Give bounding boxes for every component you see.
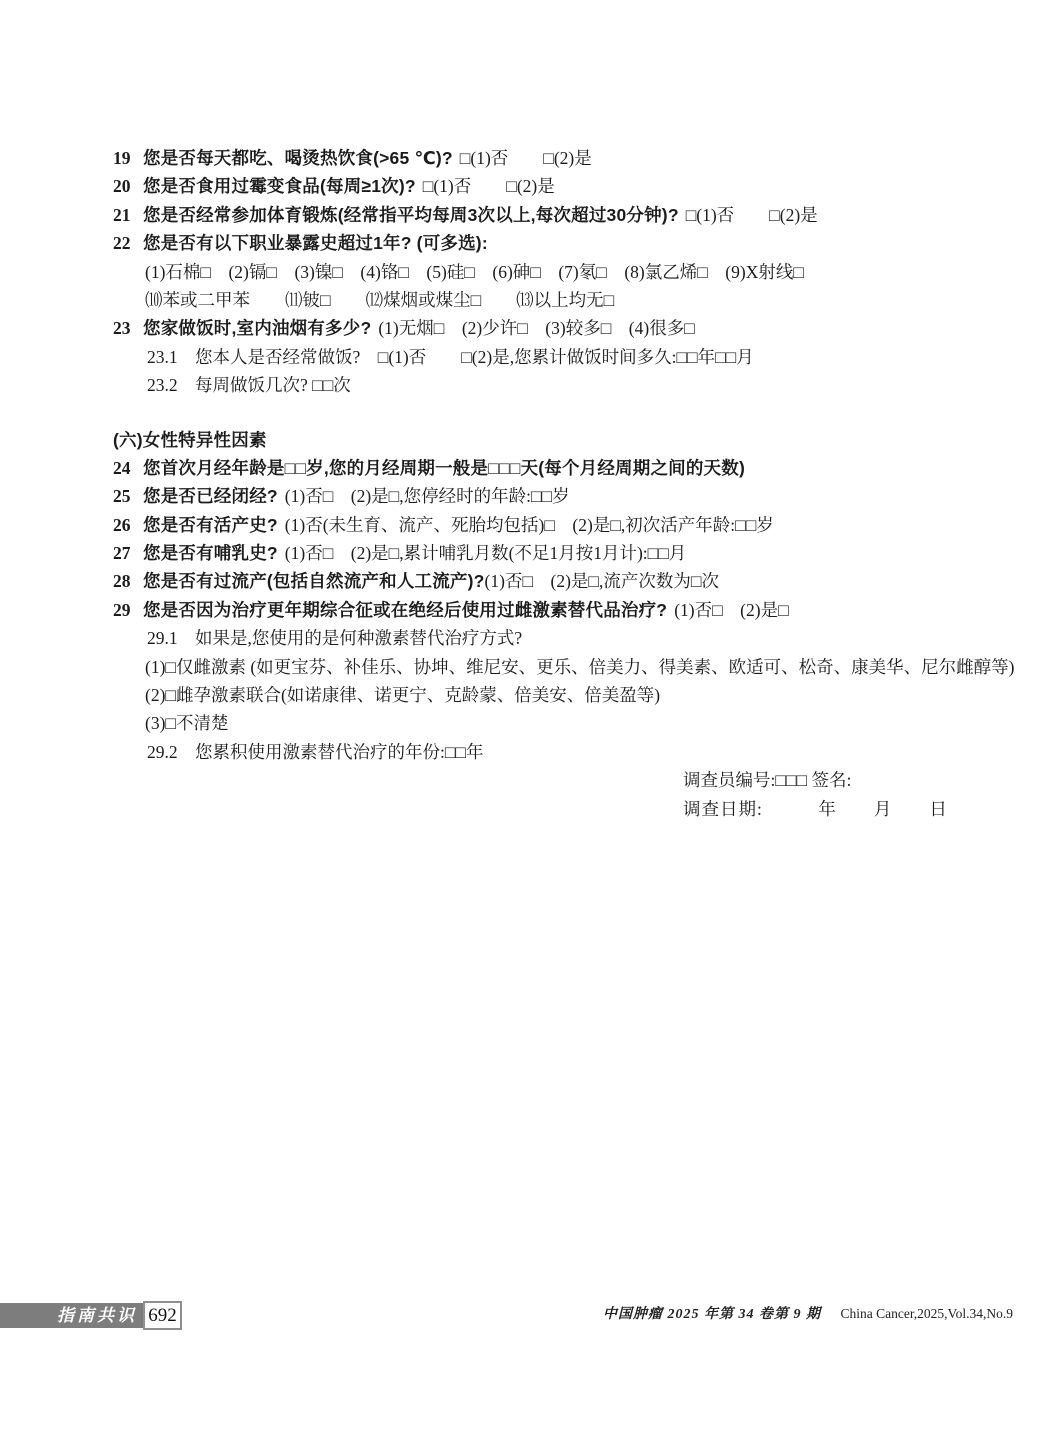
question-26: 26您是否有活产史?(1)否(未生育、流产、死胎均包括)□ (2)是□,初次活产… (113, 511, 1013, 539)
question-number: 26 (113, 511, 143, 539)
footer-page-number: 692 (143, 1301, 182, 1330)
footer-section-label: 指南共识 (57, 1306, 137, 1325)
exposure-options-text: (1)石棉□ (2)镉□ (3)镍□ (4)铬□ (5)硅□ (6)砷□ (7)… (145, 262, 804, 282)
question-number: 23.1 (147, 343, 195, 371)
question-20: 20您是否食用过霉变食品(每周≥1次)?□(1)否 □(2)是 (113, 172, 1013, 200)
question-29: 29您是否因为治疗更年期综合征或在绝经后使用过雌激素替代品治疗?(1)否□ (2… (113, 596, 1013, 624)
question-text: 您是否每天都吃、喝烫热饮食(>65 ℃)? (143, 148, 453, 168)
survey-date-line: 调查日期: 年 月 日 (683, 795, 1013, 823)
question-text: 您是否食用过霉变食品(每周≥1次)? (143, 176, 416, 196)
spacer (113, 400, 1013, 426)
question-number: 23.2 (147, 371, 195, 399)
hrt-option-text: (3)□不清楚 (145, 713, 228, 733)
question-23-2: 23.2每周做饭几次? □□次 (147, 371, 1013, 399)
question-number: 21 (113, 201, 143, 229)
question-number: 23 (113, 314, 143, 342)
question-23: 23您家做饭时,室内油烟有多少?(1)无烟□ (2)少许□ (3)较多□ (4)… (113, 314, 1013, 342)
question-options: (1)否□ (2)是□,流产次数为□次 (485, 571, 719, 591)
question-21: 21您是否经常参加体育锻炼(经常指平均每周3次以上,每次超过30分钟)?□(1)… (113, 201, 1013, 229)
question-options: □(1)否 □(2)是 (686, 205, 818, 225)
hrt-option-text: (2)□雌孕激素联合(如诺康律、诺更宁、克龄蒙、倍美安、倍美盈等) (145, 685, 660, 705)
question-number: 29.2 (147, 738, 195, 766)
hrt-option-1: (1)□仅雌激素 (如更宝芬、补佳乐、协坤、维尼安、更乐、倍美力、得美素、欧适可… (145, 653, 1013, 681)
question-number: 19 (113, 144, 143, 172)
question-28: 28您是否有过流产(包括自然流产和人工流产)?(1)否□ (2)是□,流产次数为… (113, 567, 1013, 595)
question-text: 您本人是否经常做饭? □(1)否 □(2)是,您累计做饭时间多久:□□年□□月 (195, 347, 754, 367)
exposure-options-text: ⑽苯或二甲苯 ⑾铍□ ⑿煤烟或煤尘□ ⒀以上均无□ (145, 290, 614, 310)
question-number: 22 (113, 229, 143, 257)
section-heading-text: (六)女性特异性因素 (113, 430, 267, 450)
question-options: (1)无烟□ (2)少许□ (3)较多□ (4)很多□ (378, 318, 694, 338)
question-text: 您是否因为治疗更年期综合征或在绝经后使用过雌激素替代品治疗? (143, 600, 667, 620)
hrt-option-2: (2)□雌孕激素联合(如诺康律、诺更宁、克龄蒙、倍美安、倍美盈等) (145, 681, 1013, 709)
section-heading-female-factors: (六)女性特异性因素 (113, 426, 1013, 454)
question-23-1: 23.1您本人是否经常做饭? □(1)否 □(2)是,您累计做饭时间多久:□□年… (147, 343, 1013, 371)
question-27: 27您是否有哺乳史?(1)否□ (2)是□,累计哺乳月数(不足1月按1月计):□… (113, 539, 1013, 567)
question-options: (1)否(未生育、流产、死胎均包括)□ (2)是□,初次活产年龄:□□岁 (285, 515, 774, 535)
question-29-1: 29.1如果是,您使用的是何种激素替代治疗方式? (147, 624, 1013, 652)
question-options: (1)否□ (2)是□,您停经时的年龄:□□岁 (285, 486, 570, 506)
question-text: 您首次月经年龄是□□岁,您的月经周期一般是□□□天(每个月经周期之间的天数) (143, 458, 745, 478)
question-text: 每周做饭几次? □□次 (195, 375, 351, 395)
question-options: (1)否□ (2)是□,累计哺乳月数(不足1月按1月计):□□月 (285, 543, 686, 563)
question-text: 您累积使用激素替代治疗的年份:□□年 (195, 742, 484, 762)
footer-journal-info-en: China Cancer,2025,Vol.34,No.9 (841, 1306, 1013, 1321)
survey-date-text: 调查日期: 年 月 日 (683, 799, 948, 819)
question-text: 您是否有过流产(包括自然流产和人工流产)? (143, 571, 485, 591)
hrt-option-text: (1)□仅雌激素 (如更宝芬、补佳乐、协坤、维尼安、更乐、倍美力、得美素、欧适可… (145, 657, 1015, 677)
question-number: 24 (113, 454, 143, 482)
questionnaire-page: 19您是否每天都吃、喝烫热饮食(>65 ℃)?□(1)否 □(2)是 20您是否… (113, 144, 1013, 823)
question-options: (1)否□ (2)是□ (674, 600, 788, 620)
exposure-options-row-2: ⑽苯或二甲苯 ⑾铍□ ⑿煤烟或煤尘□ ⒀以上均无□ (145, 286, 1013, 314)
question-number: 29 (113, 596, 143, 624)
exposure-options-row-1: (1)石棉□ (2)镉□ (3)镍□ (4)铬□ (5)硅□ (6)砷□ (7)… (145, 258, 1013, 286)
question-19: 19您是否每天都吃、喝烫热饮食(>65 ℃)?□(1)否 □(2)是 (113, 144, 1013, 172)
footer-journal-info-cn: 中国肿瘤 2025 年第 34 卷第 9 期 (603, 1307, 821, 1322)
footer-journal-info: 中国肿瘤 2025 年第 34 卷第 9 期 China Cancer,2025… (603, 1303, 1023, 1326)
question-number: 27 (113, 539, 143, 567)
question-text: 您是否有活产史? (143, 515, 278, 535)
question-options: □(1)否 □(2)是 (423, 176, 555, 196)
question-text: 您家做饭时,室内油烟有多少? (143, 318, 371, 338)
question-number: 28 (113, 567, 143, 595)
question-25: 25您是否已经闭经?(1)否□ (2)是□,您停经时的年龄:□□岁 (113, 482, 1013, 510)
question-text: 您是否经常参加体育锻炼(经常指平均每周3次以上,每次超过30分钟)? (143, 205, 679, 225)
surveyor-id-line: 调查员编号:□□□ 签名: (683, 766, 1013, 794)
question-29-2: 29.2您累积使用激素替代治疗的年份:□□年 (147, 738, 1013, 766)
hrt-option-3: (3)□不清楚 (145, 709, 1013, 737)
question-text: 您是否有以下职业暴露史超过1年? (可多选): (143, 233, 488, 253)
surveyor-id-text: 调查员编号:□□□ 签名: (683, 770, 851, 790)
footer-section-tab: 指南共识 (0, 1303, 143, 1328)
question-number: 20 (113, 172, 143, 200)
question-24: 24您首次月经年龄是□□岁,您的月经周期一般是□□□天(每个月经周期之间的天数) (113, 454, 1013, 482)
question-options: □(1)否 □(2)是 (460, 148, 592, 168)
question-text: 您是否已经闭经? (143, 486, 278, 506)
question-text: 如果是,您使用的是何种激素替代治疗方式? (195, 628, 522, 648)
question-text: 您是否有哺乳史? (143, 543, 278, 563)
question-number: 25 (113, 482, 143, 510)
page-number-text: 692 (148, 1305, 177, 1326)
question-number: 29.1 (147, 624, 195, 652)
question-22: 22您是否有以下职业暴露史超过1年? (可多选): (113, 229, 1013, 257)
